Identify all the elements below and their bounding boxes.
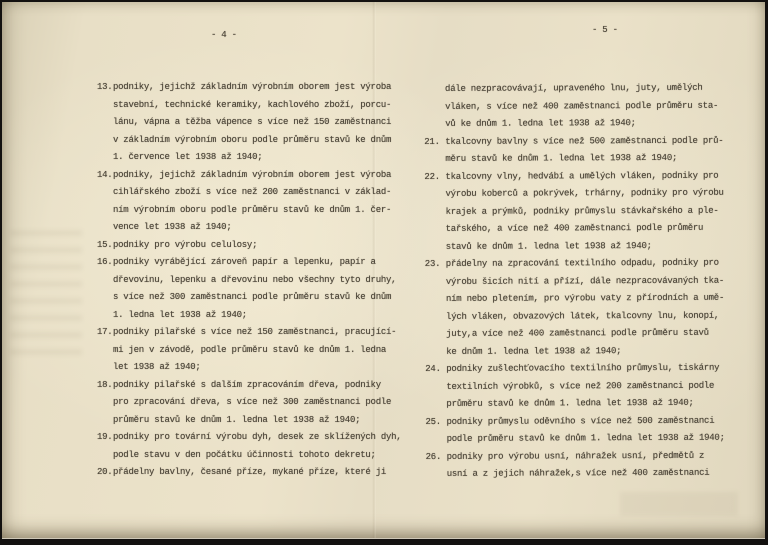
ink-bleed-through-mark: [620, 492, 738, 516]
item-text: podniky vyrábějící zároveň papír a lepen…: [113, 254, 409, 324]
item-text: podniky zušlechťovacího textilního průmy…: [446, 360, 741, 414]
list-item: 18. podniky pilařské s dalším zpracování…: [97, 377, 409, 430]
item-number: 18.: [97, 377, 113, 395]
list-item: 15. podniky pro výrobu celulosy;: [97, 237, 409, 255]
item-text: podniky průmyslu oděvního s více než 500…: [446, 412, 741, 448]
item-number: 23.: [425, 256, 446, 274]
list-item: 24. podniky zušlechťovacího textilního p…: [425, 360, 741, 414]
list-item: 17. podniky pilařské s více než 150 zamě…: [97, 324, 409, 377]
list-item: 13. podniky, jejichž základním výrobním …: [97, 79, 409, 167]
item-text: podniky pilařské s dalším zpracováním dř…: [113, 377, 409, 430]
item-number: 17.: [97, 324, 113, 342]
list-item: 16. podniky vyrábějící zároveň papír a l…: [97, 254, 409, 324]
item-number: 15.: [97, 237, 113, 255]
page-left-text-block: 13. podniky, jejichž základním výrobním …: [97, 79, 409, 482]
document-scan: - 4 - 13. podniky, jejichž základním výr…: [0, 0, 768, 545]
item-number: 22.: [424, 168, 445, 186]
item-text: přádelny bavlny, česané příze, mykané př…: [113, 464, 409, 482]
item-text: tkalcovny vlny, hedvábí a umělých vláken…: [445, 167, 740, 256]
item-text: přádelny na zpracování textilního odpadu…: [446, 255, 741, 361]
item-number: 13.: [97, 79, 113, 97]
list-item: 26. podniky pro výrobu usní, náhražek us…: [426, 447, 742, 483]
list-item: 23. přádelny na zpracování textilního od…: [425, 255, 741, 361]
item-text: tkalcovny bavlny s více než 500 zaměstna…: [445, 132, 740, 168]
item-text: podniky, jejichž základním výrobním obor…: [113, 167, 409, 237]
list-item: 20. přádelny bavlny, česané příze, mykan…: [97, 464, 409, 482]
item-number: 25.: [425, 413, 446, 431]
list-item: 22. tkalcovny vlny, hedvábí a umělých vl…: [424, 167, 740, 256]
item-text: podniky pro výrobu usní, náhražek usní, …: [447, 447, 742, 483]
list-item: 14. podniky, jejichž základním výrobním …: [97, 167, 409, 237]
ink-bleed-through-mark: [10, 230, 82, 360]
list-item: 19. podniky pro tovární výrobu dyh, dese…: [97, 429, 409, 464]
item-text: dále nezpracovávají, upraveného lnu, jut…: [445, 80, 740, 134]
item-number: 26.: [426, 448, 447, 466]
item-text: podniky pro tovární výrobu dyh, desek ze…: [113, 429, 409, 464]
item-text: podniky pilařské s více než 150 zaměstna…: [113, 324, 409, 377]
page-number-left: - 4 -: [211, 27, 237, 45]
list-item: 21. tkalcovny bavlny s více než 500 zamě…: [424, 132, 740, 168]
item-number: 14.: [97, 167, 113, 185]
item-text: podniky, jejichž základním výrobním obor…: [113, 79, 409, 167]
page-right-text-block: dále nezpracovávají, upraveného lnu, jut…: [424, 80, 742, 484]
item-number: 19.: [97, 429, 113, 447]
item-number: 16.: [97, 254, 113, 272]
page-number-right: - 5 -: [592, 22, 618, 40]
list-item: dále nezpracovávají, upraveného lnu, jut…: [424, 80, 740, 134]
item-number: 21.: [424, 133, 445, 151]
item-text: podniky pro výrobu celulosy;: [113, 237, 409, 255]
item-number: 20.: [97, 464, 113, 482]
list-item: 25. podniky průmyslu oděvního s více než…: [425, 412, 741, 448]
item-number: 24.: [425, 361, 446, 379]
